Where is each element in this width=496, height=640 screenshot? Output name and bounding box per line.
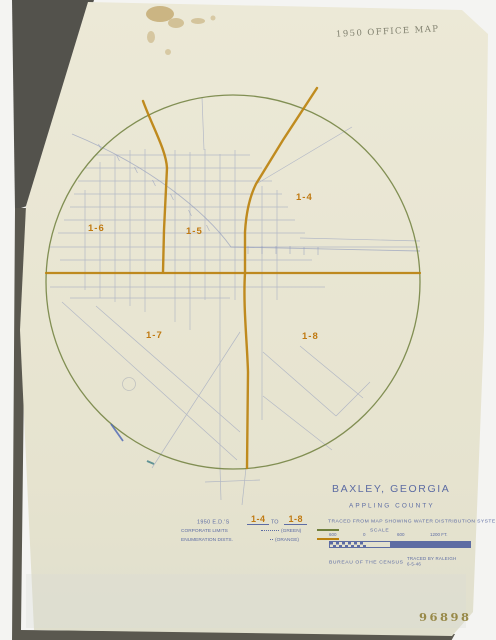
legend-heading: 1950 E.D.'S 1-4 TO 1-8: [197, 514, 339, 525]
legend-range-end: 1-8: [284, 514, 307, 525]
legend-range-start: 1-4: [247, 514, 270, 525]
scale-bar-light-segment: [366, 542, 390, 547]
district-label-1-7: 1-7: [146, 330, 163, 341]
district-label-1-5: 1-5: [186, 226, 203, 237]
scale-tick: 0: [363, 532, 365, 537]
traced-date: 6-5-46: [407, 562, 456, 568]
scale-bar-dark-segment: [390, 542, 470, 547]
scale-tick: 600: [397, 532, 404, 537]
legend-corporate-row: CORPORATE LIMITS (GREEN): [181, 525, 339, 533]
legend-era-label: 1950 E.D.'S: [197, 519, 230, 525]
source-note: TRACED FROM MAP SHOWING WATER DISTRIBUTI…: [328, 518, 496, 524]
map-title: BAXLEY, GEORGIA: [332, 483, 450, 495]
scale-tick: 600: [329, 532, 336, 537]
legend: 1950 E.D.'S 1-4 TO 1-8 CORPORATE LIMITS …: [181, 514, 339, 543]
enumeration-dists-label: ENUMERATION DISTS.: [181, 537, 233, 542]
scale-tick: 1200 FT.: [430, 532, 447, 537]
scanned-map-page: 1950 OFFICE MAP 96898 1-4 1-5 1-6 1-7 1-…: [0, 0, 496, 640]
county-label: APPLING COUNTY: [349, 502, 435, 509]
serial-number-stamp: 96898: [419, 610, 472, 624]
corporate-limits-label: CORPORATE LIMITS: [181, 528, 228, 533]
orange-color-label: (ORANGE): [275, 537, 299, 542]
legend-to-label: TO: [271, 519, 278, 525]
legend-district-row: ENUMERATION DISTS. (ORANGE): [181, 534, 339, 542]
leader-line: [261, 529, 279, 531]
agency-credit: BUREAU OF THE CENSUS: [329, 559, 404, 565]
scale-tick-labels: 600 0 600 1200 FT.: [329, 532, 471, 539]
scale-bar: [329, 541, 471, 548]
green-line-sample: [317, 529, 339, 531]
leader-line: [270, 538, 273, 540]
district-label-1-8: 1-8: [302, 331, 319, 342]
paper-bottom-tint: [26, 574, 466, 628]
scale-bar-checker-segment: [330, 542, 366, 547]
district-label-1-6: 1-6: [88, 223, 105, 234]
green-color-label: (GREEN): [281, 528, 301, 533]
district-label-1-4: 1-4: [296, 192, 313, 203]
traced-credit: TRACED BY RALEIGH 6-5-46: [407, 556, 456, 567]
